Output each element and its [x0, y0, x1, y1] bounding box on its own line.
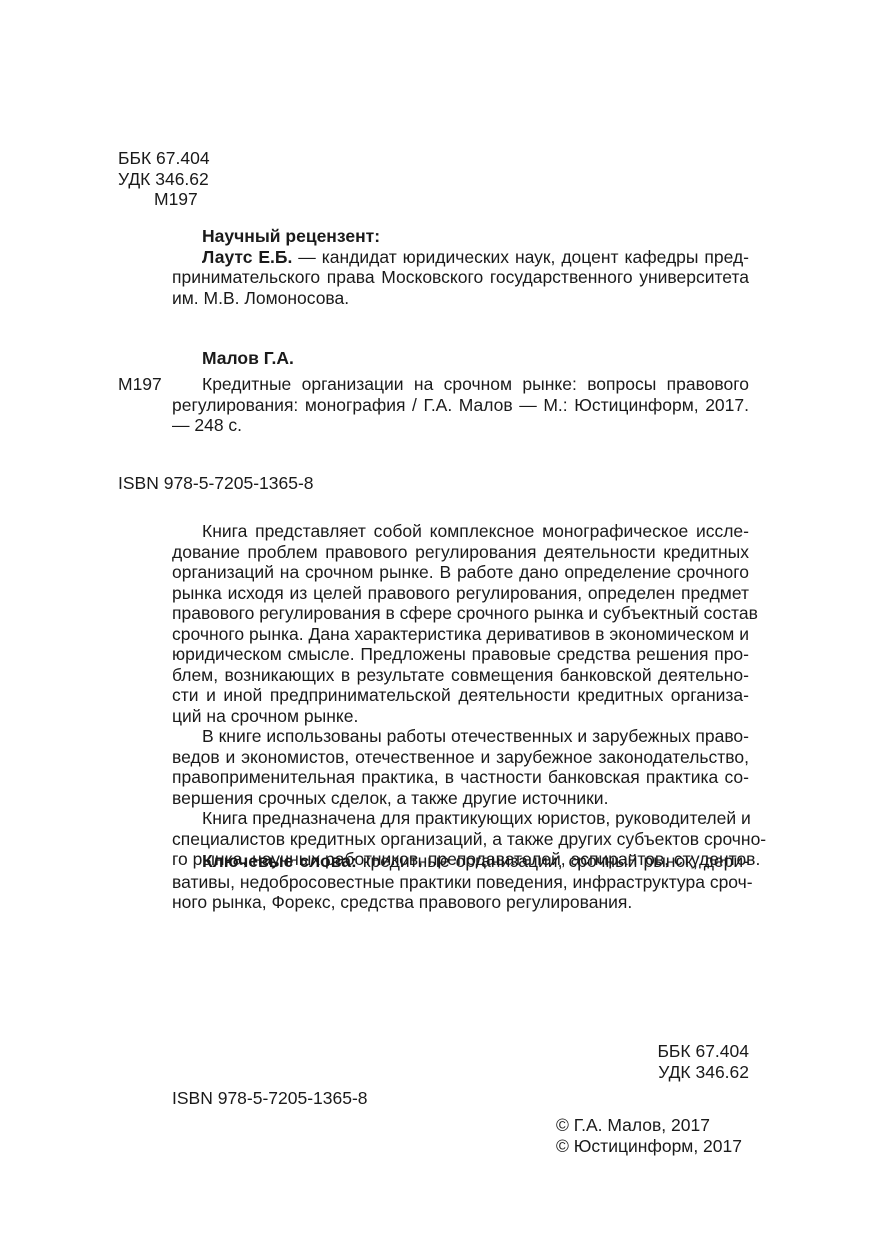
annotation-line: сти и иной предпринимательской деятельно… — [172, 685, 749, 706]
biblio-line: регулирования: монография / Г.А. Малов —… — [172, 395, 749, 416]
reviewer-name: Лаутс Е.Б. — [202, 247, 292, 267]
reviewer-line: принимательского права Московского госуд… — [172, 267, 749, 288]
copyright-block: © Г.А. Малов, 2017 © Юстицинформ, 2017 — [556, 1115, 742, 1156]
reviewer-heading: Научный рецензент: — [172, 226, 749, 247]
keywords-label: Ключевые слова: — [202, 851, 357, 871]
biblio-line: Кредитные организации на срочном рынке: … — [172, 374, 749, 395]
biblio-author-mark: М197 — [118, 374, 162, 395]
annotation-line: правоприменительная практика, в частност… — [172, 767, 749, 788]
classification-codes-bottom: ББК 67.404 УДК 346.62 — [622, 1041, 749, 1082]
bbk-code: ББК 67.404 — [622, 1041, 749, 1062]
annotation-line: юридическом смысле. Предложены правовые … — [172, 644, 749, 665]
reviewer-block: Научный рецензент: Лаутс Е.Б. — кандидат… — [172, 226, 749, 308]
udk-code: УДК 346.62 — [622, 1062, 749, 1083]
author-mark: М197 — [118, 189, 210, 210]
biblio-description: Кредитные организации на срочном рынке: … — [172, 374, 749, 436]
annotation-paragraph: В книге использованы работы отечественны… — [172, 726, 749, 808]
biblio-author: Малов Г.А. — [202, 348, 294, 369]
annotation-line: дование проблем правового регулирования … — [172, 542, 749, 563]
annotation-line: ведов и экономистов, отечественное и зар… — [172, 747, 749, 768]
imprint-page: ББК 67.404 УДК 346.62 М197 Научный рецен… — [0, 0, 886, 1258]
annotation-line: Книга предназначена для практикующих юри… — [172, 808, 749, 829]
reviewer-line: Лаутс Е.Б. — кандидат юридических наук, … — [172, 247, 749, 268]
keywords-line: вативы, недобросовестные практики поведе… — [172, 872, 749, 893]
copyright-publisher: © Юстицинформ, 2017 — [556, 1136, 742, 1157]
annotation-line: рынка исходя из целей правового регулиро… — [172, 583, 749, 604]
keywords-line: Ключевые слова: кредитные организации, с… — [172, 851, 749, 872]
annotation-line: специалистов кредитных организаций, а та… — [172, 829, 749, 850]
annotation-paragraph: Книга представляет собой комплексное мон… — [172, 521, 749, 726]
annotation-line: Книга представляет собой комплексное мон… — [172, 521, 749, 542]
reviewer-line: им. М.В. Ломоносова. — [172, 288, 749, 309]
annotation-line: ций на срочном рынке. — [172, 706, 749, 727]
isbn-bottom: ISBN 978-5-7205-1365-8 — [172, 1088, 368, 1109]
annotation-line: правового регулирования в сфере срочного… — [172, 603, 749, 624]
annotation: Книга представляет собой комплексное мон… — [172, 521, 749, 870]
annotation-line: В книге использованы работы отечественны… — [172, 726, 749, 747]
annotation-line: блем, возникающих в результате совмещени… — [172, 665, 749, 686]
annotation-line: организаций на срочном рынке. В работе д… — [172, 562, 749, 583]
udk-code: УДК 346.62 — [118, 169, 210, 190]
biblio-line: — 248 с. — [172, 415, 749, 436]
annotation-line: вершения срочных сделок, а также другие … — [172, 788, 749, 809]
keywords-block: Ключевые слова: кредитные организации, с… — [172, 851, 749, 913]
keywords-line: ного рынка, Форекс, средства правового р… — [172, 892, 749, 913]
copyright-author: © Г.А. Малов, 2017 — [556, 1115, 742, 1136]
bbk-code: ББК 67.404 — [118, 148, 210, 169]
isbn-top: ISBN 978-5-7205-1365-8 — [118, 473, 314, 494]
annotation-line: срочного рынка. Дана характеристика дери… — [172, 624, 749, 645]
classification-codes-top: ББК 67.404 УДК 346.62 М197 — [118, 148, 210, 210]
